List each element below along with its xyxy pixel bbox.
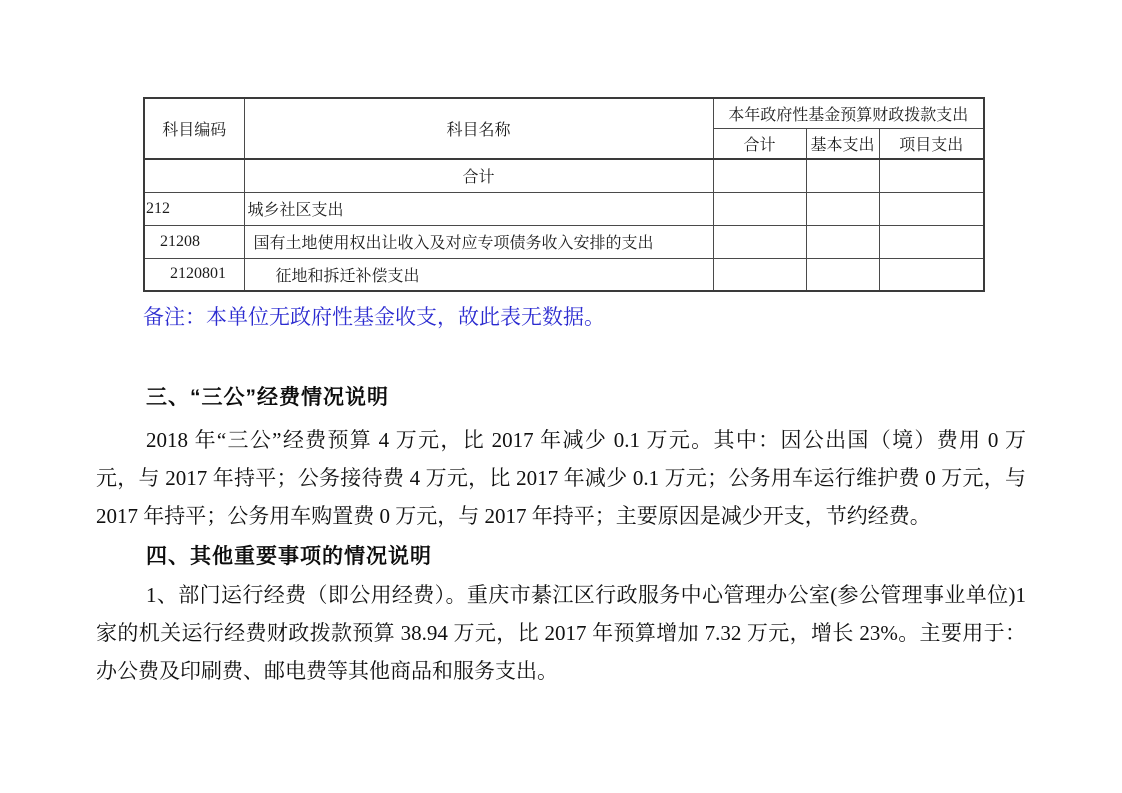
cell-name: 国有土地使用权出让收入及对应专项债务收入安排的支出 xyxy=(244,225,713,258)
header-subject-name: 科目名称 xyxy=(244,98,713,159)
cell-name: 城乡社区支出 xyxy=(244,192,713,225)
cell-name: 合计 xyxy=(244,159,713,192)
header-sub-basic: 基本支出 xyxy=(806,128,879,159)
header-subject-code: 科目编码 xyxy=(144,98,244,159)
cell-total xyxy=(713,159,806,192)
table-header-row-1: 科目编码 科目名称 本年政府性基金预算财政拨款支出 xyxy=(144,98,984,128)
section-heading-sangong: 三、“三公”经费情况说明 xyxy=(96,379,1026,417)
cell-basic xyxy=(806,258,879,291)
cell-project xyxy=(879,192,984,225)
paragraph-line: 家的机关运行经费财政拨款预算 38.94 万元，比 2017 年预算增加 7.3… xyxy=(96,614,1026,652)
table-row: 212 城乡社区支出 xyxy=(144,192,984,225)
remark-note: 备注：本单位无政府性基金收支，故此表无数据。 xyxy=(143,302,605,332)
cell-total xyxy=(713,225,806,258)
cell-code: 212 xyxy=(144,192,244,225)
cell-basic xyxy=(806,225,879,258)
cell-name: 征地和拆迁补偿支出 xyxy=(244,258,713,291)
cell-basic xyxy=(806,192,879,225)
paragraph-line: 1、部门运行经费（即公用经费）。重庆市綦江区行政服务中心管理办公室(参公管理事业… xyxy=(96,576,1026,614)
paragraph-line: 2017 年持平；公务用车购置费 0 万元，与 2017 年持平；主要原因是减少… xyxy=(96,497,1026,535)
header-sub-project: 项目支出 xyxy=(879,128,984,159)
table-row: 21208 国有土地使用权出让收入及对应专项债务收入安排的支出 xyxy=(144,225,984,258)
header-sub-total: 合计 xyxy=(713,128,806,159)
cell-code: 21208 xyxy=(144,225,244,258)
paragraph-line: 元，与 2017 年持平；公务接待费 4 万元，比 2017 年减少 0.1 万… xyxy=(96,459,1026,497)
cell-project xyxy=(879,258,984,291)
cell-project xyxy=(879,159,984,192)
cell-total xyxy=(713,258,806,291)
section-heading-other: 四、其他重要事项的情况说明 xyxy=(96,538,1026,576)
paragraph-line: 2018 年“三公”经费预算 4 万元，比 2017 年减少 0.1 万元。其中… xyxy=(96,421,1026,459)
document-page: 科目编码 科目名称 本年政府性基金预算财政拨款支出 合计 基本支出 项目支出 合… xyxy=(0,0,1122,793)
header-fund-group: 本年政府性基金预算财政拨款支出 xyxy=(713,98,984,128)
cell-project xyxy=(879,225,984,258)
cell-code: 2120801 xyxy=(144,258,244,291)
table-row: 合计 xyxy=(144,159,984,192)
cell-total xyxy=(713,192,806,225)
cell-code xyxy=(144,159,244,192)
paragraph-line: 办公费及印刷费、邮电费等其他商品和服务支出。 xyxy=(96,652,1026,690)
cell-basic xyxy=(806,159,879,192)
government-fund-budget-table: 科目编码 科目名称 本年政府性基金预算财政拨款支出 合计 基本支出 项目支出 合… xyxy=(143,97,985,292)
table-row: 2120801 征地和拆迁补偿支出 xyxy=(144,258,984,291)
